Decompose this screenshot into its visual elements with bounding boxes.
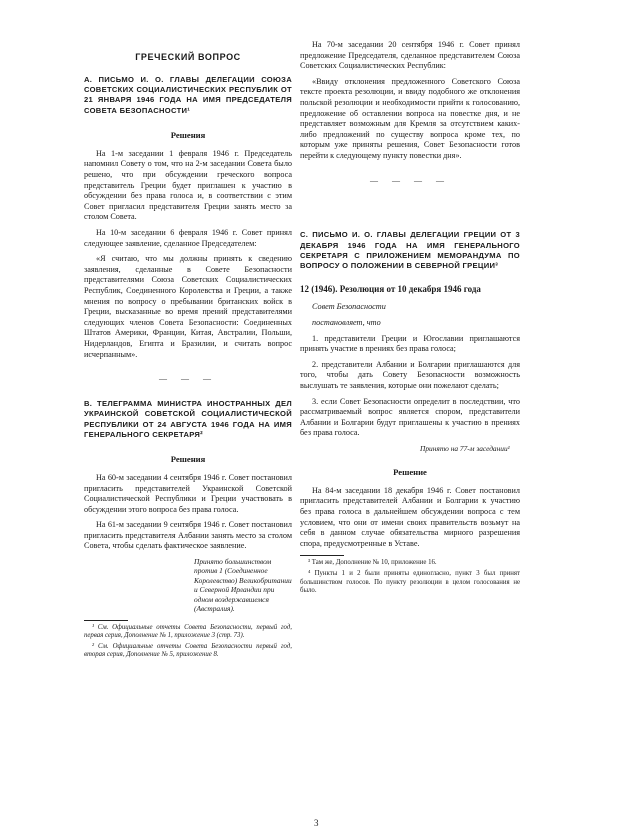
resolution-preamble: Совет Безопасности [300,302,520,313]
left-column: ГРЕЧЕСКИЙ ВОПРОС А. ПИСЬМО И. О. ГЛАВЫ Д… [84,40,292,662]
decision-subheading: Решение [300,467,520,478]
footnote: ¹ См. Официальные отчеты Совета Безопасн… [84,624,292,641]
footnote: ² См. Официальные отчеты Совета Безопасн… [84,643,292,660]
doc-a-paragraph: На 10-м заседании 6 февраля 1946 г. Сове… [84,228,292,249]
footnote: ³ Там же, Дополнение № 10, приложение 16… [300,559,520,568]
doc-c-heading: С. ПИСЬМО И. О. ГЛАВЫ ДЕЛЕГАЦИИ ГРЕЦИИ О… [300,230,520,272]
right-column: На 70-м заседании 20 сентября 1946 г. Со… [300,40,520,598]
adoption-note: Принято на 77-м заседании¹ [420,444,520,453]
doc-a-heading: А. ПИСЬМО И. О. ГЛАВЫ ДЕЛЕГАЦИИ СОЮЗА СО… [84,75,292,117]
separator: — — — [84,374,292,385]
doc-b-paragraph: На 61-м заседании 9 сентября 1946 г. Сов… [84,520,292,552]
doc-b-subheading: Решения [84,454,292,465]
decision-paragraph: На 84-м заседании 18 декабря 1946 г. Сов… [300,486,520,550]
doc-b-paragraph: На 60-м заседании 4 сентября 1946 г. Сов… [84,473,292,515]
footnote-rule [300,555,344,556]
resolution-preamble: постановляет, что [300,318,520,329]
resolution-point: 1. представители Греции и Югославии приг… [300,334,520,355]
doc-a-paragraph: На 1-м заседании 1 февраля 1946 г. Предс… [84,149,292,223]
document-page: ГРЕЧЕСКИЙ ВОПРОС А. ПИСЬМО И. О. ГЛАВЫ Д… [0,0,640,832]
doc-b-heading: В. ТЕЛЕГРАММА МИНИСТРА ИНОСТРАННЫХ ДЕЛ У… [84,399,292,441]
footnote-rule [84,620,128,621]
doc-a-subheading: Решения [84,130,292,141]
resolution-point: 3. если Совет Безопасности определит в п… [300,397,520,439]
doc-a-quote: «Я считаю, что мы должны принять к сведе… [84,254,292,360]
resolution-title: 12 (1946). Резолюция от 10 декабря 1946 … [300,284,520,295]
page-number: 3 [314,818,319,828]
separator: — — — — [300,176,520,187]
intro-quote: «Ввиду отклонения предложенного Советско… [300,77,520,162]
section-title: ГРЕЧЕСКИЙ ВОПРОС [84,52,292,63]
footnote: ⁴ Пункты 1 и 2 были приняты единогласно,… [300,570,520,596]
resolution-point: 2. представители Албании и Болгарии приг… [300,360,520,392]
intro-paragraph: На 70-м заседании 20 сентября 1946 г. Со… [300,40,520,72]
vote-note: Принято большинством против 1 (Соединенн… [194,557,292,613]
